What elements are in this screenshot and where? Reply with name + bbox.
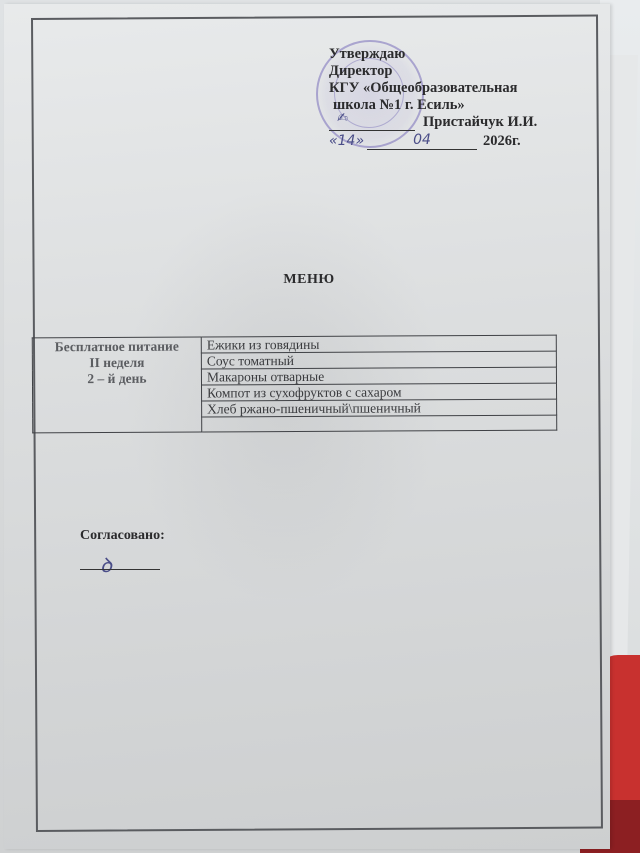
date-day: «14» bbox=[329, 133, 363, 150]
document-sheet: Утверждаю Директор КГУ «Общеобразователь… bbox=[4, 4, 610, 849]
signature-row: ✍ Пристайчук И.И. bbox=[329, 114, 549, 131]
menu-item: Макароны отварные bbox=[201, 367, 556, 385]
week-line: II неделя bbox=[37, 355, 197, 372]
date-month: 04 bbox=[367, 132, 477, 150]
organization-line-2: школа №1 г. Есиль» bbox=[329, 97, 549, 114]
signature-line: ✍ bbox=[329, 116, 415, 131]
page-title: МЕНЮ bbox=[4, 272, 614, 288]
menu-item: Соус томатный bbox=[201, 351, 556, 369]
director-position: Директор bbox=[329, 63, 549, 80]
signature-scribble: ✍ bbox=[337, 110, 348, 127]
approval-block: Утверждаю Директор КГУ «Общеобразователь… bbox=[329, 46, 549, 150]
menu-item: Хлеб ржано-пшеничный\пшеничный bbox=[202, 399, 557, 417]
director-name: Пристайчук И.И. bbox=[423, 114, 537, 131]
organization-line-1: КГУ «Общеобразовательная bbox=[329, 80, 549, 97]
agreed-label: Согласовано: bbox=[80, 528, 165, 544]
meal-category-cell: Бесплатное питание II неделя 2 – й день bbox=[32, 337, 201, 433]
category-line: Бесплатное питание bbox=[37, 339, 197, 356]
menu-item: Ежики из говядины bbox=[201, 335, 556, 353]
day-line: 2 – й день bbox=[37, 371, 197, 388]
agreed-signature-line bbox=[80, 569, 160, 570]
menu-table: Бесплатное питание II неделя 2 – й день … bbox=[32, 335, 557, 434]
approval-date: «14» 04 2026г. bbox=[329, 132, 549, 150]
menu-item: Компот из сухофруктов с сахаром bbox=[202, 383, 557, 401]
date-year: 2026г. bbox=[483, 133, 521, 150]
agreed-signature: ꝺ bbox=[100, 551, 112, 578]
approve-label: Утверждаю bbox=[329, 46, 549, 63]
menu-item-empty bbox=[202, 415, 557, 432]
